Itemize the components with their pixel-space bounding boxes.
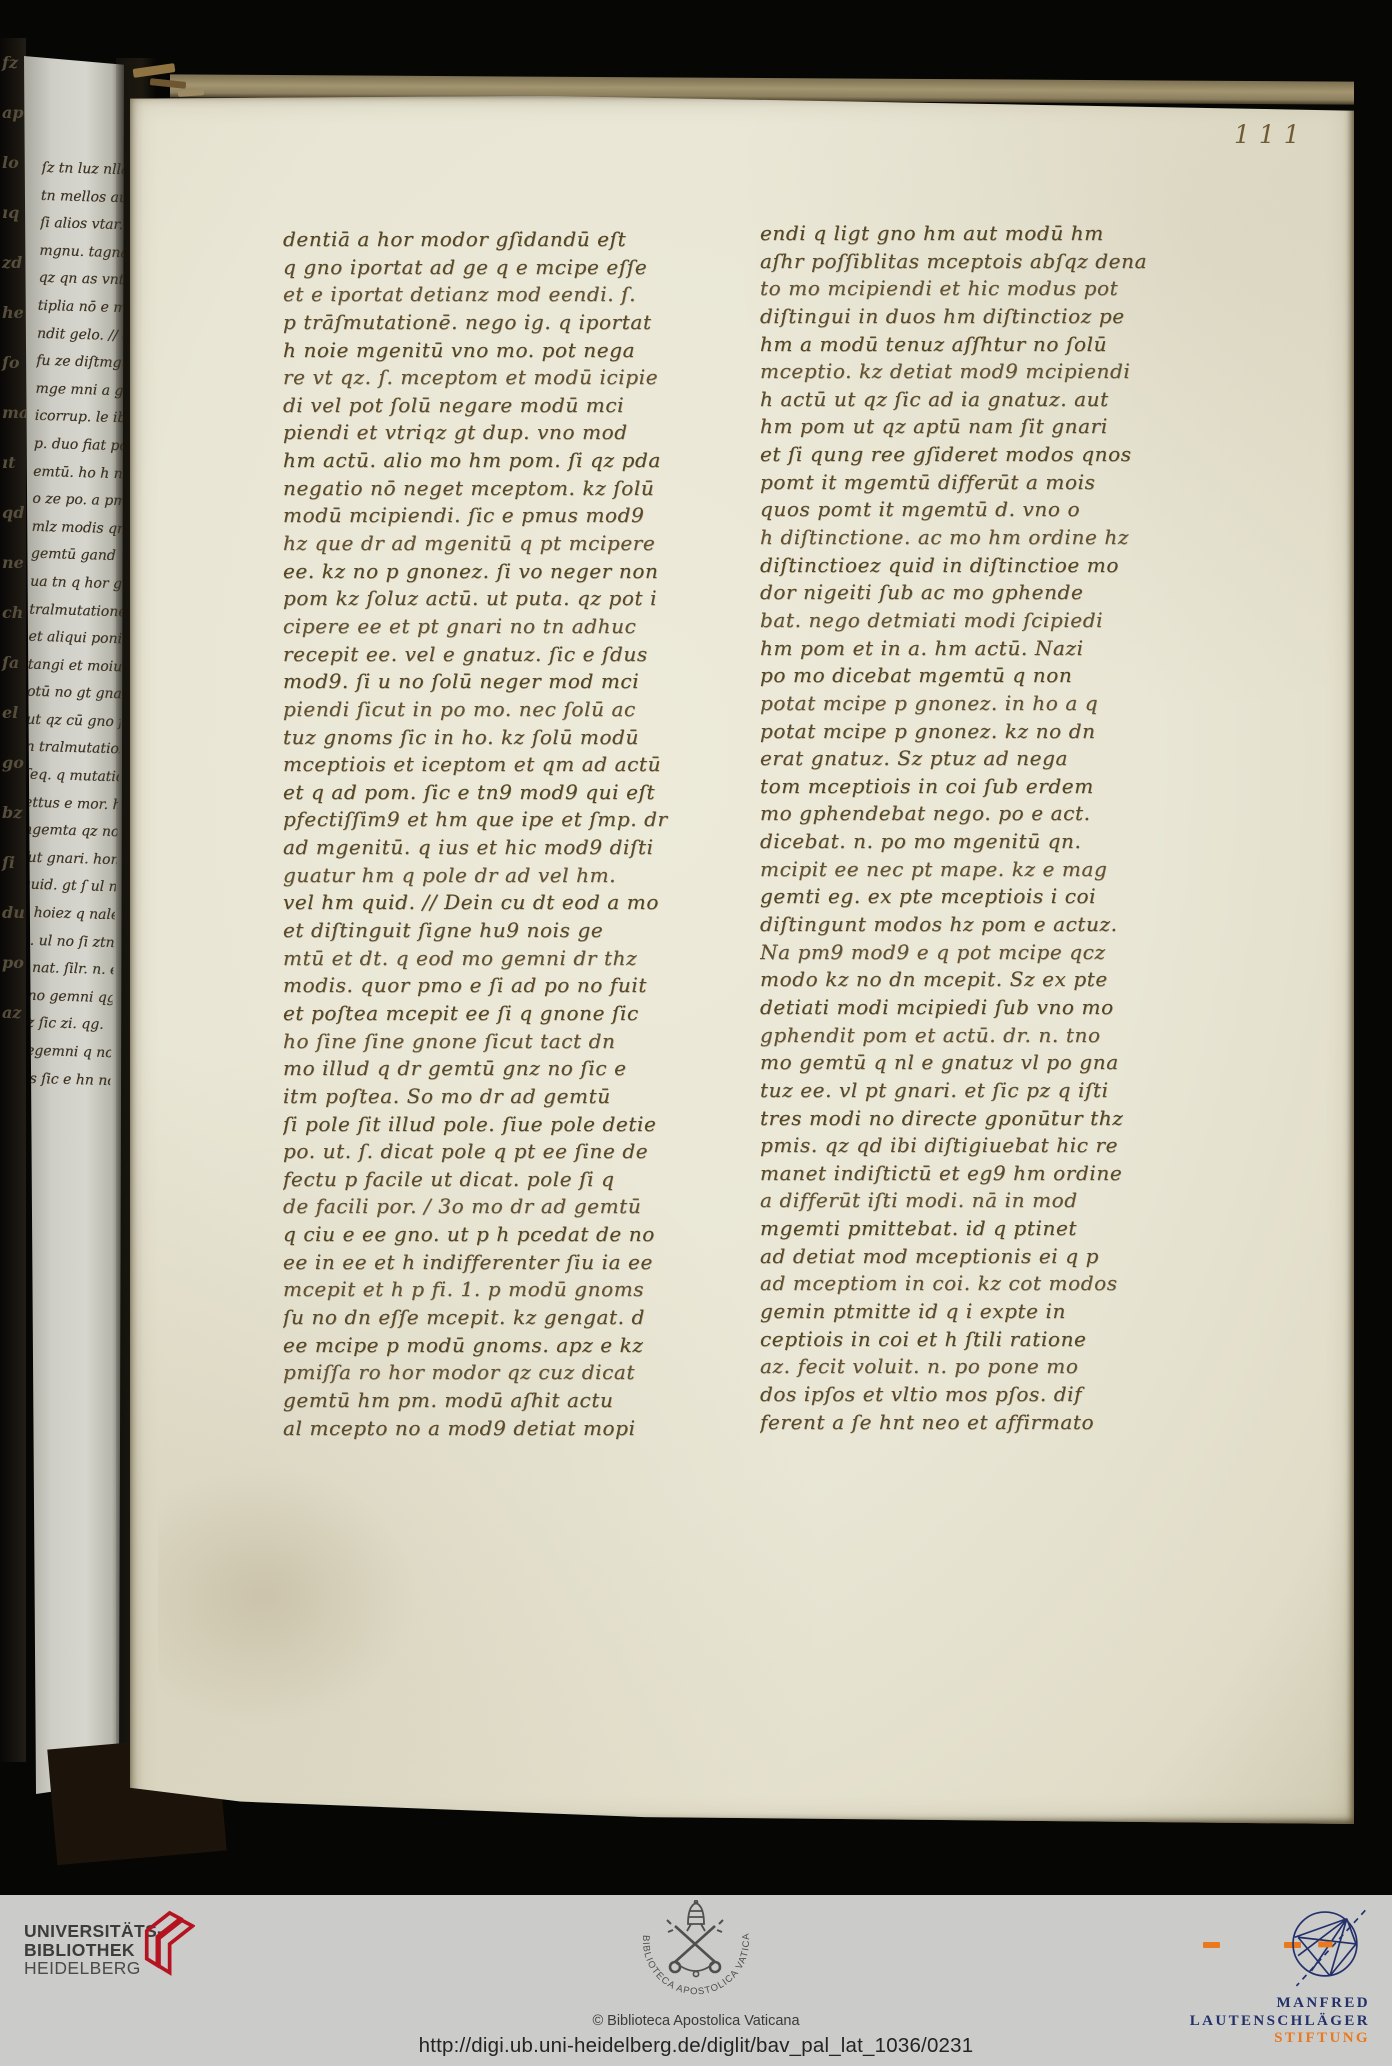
edge-text-fragment: otū no gt gnari (27, 679, 122, 709)
edge-text-fragment: mgnu. tagna di (39, 238, 124, 268)
edge-text-fragment: ettus e mor. hz (24, 789, 118, 819)
ub-heidelberg-logo-icon (141, 1904, 195, 1984)
edge-text-fragment: gemtū gand (31, 541, 124, 571)
manuscript-text-line: hm pom et in a. hm actū. Nazi (760, 635, 1164, 663)
edge-glyph-fragment: ſo (0, 338, 26, 388)
manuscript-text-line: gemtū hm pm. modū aſhit actu (283, 1387, 679, 1415)
edge-glyph-fragment: ſi (0, 838, 26, 888)
manuscript-text-line: manet indiſtictū et eg9 hm ordine (760, 1160, 1164, 1188)
edge-glyph-fragment: ne (0, 538, 26, 588)
manuscript-text-line: tres modi no directe gponūtur thz (760, 1105, 1164, 1133)
edge-glyph-fragment: po (0, 938, 26, 988)
edge-text-fragment: qz qn as vntur (38, 265, 124, 295)
edge-text-fragment: et aliqui ponit (28, 624, 123, 654)
manuscript-text-line: mcepit et h p fi. 1. p modū gnoms (283, 1276, 679, 1304)
manuscript-text-line: modo kz no dn mcepit. Sz ex pte (760, 966, 1164, 994)
edge-text-fragment: ſeq. q mutatios (24, 762, 119, 792)
manuscript-text-line: diſtingui in duos hm diſtinctioz pe (760, 303, 1164, 331)
manuscript-text-line: guatur hm q pole dr ad vel hm. (283, 862, 679, 890)
manuscript-text-line: hz que dr ad mgenitū q pt mcipere (283, 530, 679, 558)
manuscript-text-line: di vel pot ſolū negare modū mci (283, 392, 679, 420)
manuscript-text-line: et q ad pom. ſic e tn9 mod9 qui eſt (283, 779, 679, 807)
manuscript-text-line: az. fecit voluit. n. po pone mo (760, 1353, 1164, 1381)
manuscript-text-line: et poſtea mcepit ee ſi q gnone ſic (283, 1000, 679, 1028)
source-url-text: http://digi.ub.uni-heidelberg.de/diglit/… (0, 2034, 1392, 2058)
manuscript-text-line: gemin ptmitte id q i expte in (760, 1298, 1164, 1326)
manuscript-text-line: potat mcipe p gnonez. kz no dn (760, 718, 1164, 746)
manuscript-text-line: potat mcipe p gnonez. in ho a q (760, 690, 1164, 718)
manuscript-text-line: h diſtinctione. ac mo hm ordine hz (760, 524, 1164, 552)
manuscript-text-line: pomt it mgemtū differūt a mois (760, 469, 1164, 497)
manuscript-text-line: ſu no dn eſſe mcepit. kz gengat. d (283, 1304, 679, 1332)
manuscript-text-line: re vt qz. ſ. mceptom et modū icipie (283, 364, 679, 392)
edge-text-fragment: ndit gelo. // dem (37, 320, 124, 350)
manuscript-text-line: h noie mgenitū vno mo. pot nega (283, 337, 679, 365)
manuscript-text-line: itm poſtea. So mo dr ad gemtū (283, 1083, 679, 1111)
manuscript-text-line: ad mgenitū. q ius et hic mod9 diſti (283, 834, 679, 862)
manuscript-text-line: mo illud q dr gemtū gnz no ſic e (283, 1055, 679, 1083)
manuscript-text-line: a differūt iſti modi. nā in mod (760, 1187, 1164, 1215)
manuscript-text-line: quos pomt it mgemtū d. vno o (760, 496, 1164, 524)
manuscript-text-line: ee in ee et h indifferenter ſiu ia ee (283, 1249, 679, 1277)
edge-glyph-fragment: bz (0, 788, 26, 838)
text-column-left: dentiā a hor modor gſidandū eſtq gno ipo… (283, 226, 679, 1442)
manuscript-text-line: ad mceptiom in coi. kz cot modos (760, 1270, 1164, 1298)
mls-orange-dash (1203, 1942, 1220, 1948)
edge-text-fragment: ua tn q hor gn (30, 569, 124, 599)
edge-glyph-fragment: az (0, 988, 26, 1038)
manuscript-text-line: tom mceptiois in coi ſub erdem (760, 773, 1164, 801)
edge-text-fragment: tralmutatione (29, 596, 124, 626)
edge-glyph-fragment: he (0, 288, 26, 338)
folio-number: 111 (1234, 120, 1309, 149)
manuscript-text-line: dicebat. n. po mo mgenitū qn. (760, 828, 1164, 856)
manuscript-text-line: endi q ligt gno hm aut modū hm (760, 220, 1164, 248)
facing-page-edge: ſz tn luz nlla dewtn mellos audſi alios … (24, 56, 124, 1794)
facing-page-text: ſz tn luz nlla dewtn mellos audſi alios … (24, 155, 124, 1096)
mls-line1: MANFRED (1190, 1995, 1370, 2013)
manuscript-text-line: et e iportat detianz mod eendi. ſ. (283, 281, 679, 309)
manuscript-text-line: diſtinctioez quid in diſtinctioe mo (760, 552, 1164, 580)
edge-text-fragment: ſz tn luz nlla dew (41, 155, 124, 185)
manuscript-text-line: h actū ut qz ſic ad ia gnatuz. aut (760, 386, 1164, 414)
manuscript-text-line: po mo dicebat mgemtū q non (760, 662, 1164, 690)
manuscript-text-line: de facili por. / 3o mo dr ad gemtū (283, 1193, 679, 1221)
edge-text-fragment: negemni q no (24, 1037, 111, 1067)
manuscript-text-line: cipere ee et pt gnari no tn adhuc (283, 613, 679, 641)
manuscript-text-line: mo gemtū q nl e gnatuz vl po gna (760, 1049, 1164, 1077)
manuscript-text-line: mcipit ee nec pt mape. kz e mag (760, 856, 1164, 884)
manuscript-text-line: al mcepto no a mod9 detiat mopi (283, 1415, 679, 1443)
manuscript-text-line: gphendit pom et actū. dr. n. tno (760, 1022, 1164, 1050)
manuscript-text-line: ee mcipe p modū gnoms. apz e kz (283, 1332, 679, 1360)
edge-text-fragment: ſl. ul no ſi ztn (24, 927, 115, 957)
edge-text-fragment: tn mellos aud (41, 182, 124, 212)
edge-text-fragment: tiplia nō e m. (37, 293, 124, 323)
manuscript-text-line: et ſi qung ree gſideret modos qnos (760, 441, 1164, 469)
manuscript-text-line: mgemti pmittebat. id q ptinet (760, 1215, 1164, 1243)
edge-glyph-fragment: zd (0, 238, 26, 288)
edge-glyph-fragment: go (0, 738, 26, 788)
vatican-copyright: © Biblioteca Apostolica Vaticana (0, 2013, 1392, 2029)
edge-text-fragment: mlz modis qm (31, 513, 124, 543)
manuscript-text-line: q gno iportat ad ge q e mcipe eſſe (283, 254, 679, 282)
manuscript-text-line: vel hm quid. // Dein cu dt eod a mo (283, 889, 679, 917)
mls-line3: STIFTUNG (1190, 2030, 1370, 2048)
manuscript-text-line: bat. nego detmiati modi ſcipiedi (760, 607, 1164, 635)
manuscript-text-line: tuz ee. vl pt gnari. et ſic pz q iſti (760, 1077, 1164, 1105)
edge-text-fragment: quid. gt ſ ul no (24, 872, 116, 902)
edge-text-fragment: ms ſic e hn no (24, 1065, 111, 1095)
edge-text-fragment: n tralmutatioz (25, 734, 120, 764)
manuscript-text-line: ee. kz no p gnonez. ſi vo neger non (283, 558, 679, 586)
manuscript-text-line: pfectiſſim9 et hm que ipe et ſmp. dr (283, 806, 679, 834)
footer-bar: UNIVERSITÄTS- BIBLIOTHEK HEIDELBERG (0, 1895, 1392, 2066)
edge-glyph-fragment: ıq (0, 188, 26, 238)
edge-glyph-fragment: lo (0, 138, 26, 188)
manuscript-text-line: p trāſmutationē. nego ig. q iportat (283, 309, 679, 337)
edge-glyph-fragment: el (0, 688, 26, 738)
page-edge-dark-strip: fzaploıqzdheſomaıtqdnechſaelgobzſidupoaz (0, 38, 26, 1762)
manuscript-text-line: po. ut. ſ. dicat pole q pt ee ſine de (283, 1138, 679, 1166)
edge-glyph-fragment: ſa (0, 638, 26, 688)
manuscript-text-line: recepit ee. vel e gnatuz. ſic e ſdus (283, 641, 679, 669)
manuscript-text-line: hm pom ut qz aptū nam ſit gnari (760, 413, 1164, 441)
text-column-right: endi q ligt gno hm aut modū hmaſhr poſſi… (760, 220, 1164, 1436)
manuscript-scan-page: fzaploıqzdheſomaıtqdnechſaelgobzſidupoaz… (0, 0, 1392, 2066)
manuscript-text-line: modis. quor pmo e ſi ad po no fuit (283, 972, 679, 1000)
manuscript-text-line: mceptiois et iceptom et qm ad actū (283, 751, 679, 779)
manuscript-text-line: dor nigeiti ſub ac mo gphende (760, 579, 1164, 607)
manuscript-text-line: negatio nō neget mceptom. kz ſolū (283, 475, 679, 503)
edge-text-fragment: p. duo fiat po (34, 431, 124, 461)
manuscript-text-line: ad detiat mod mceptionis ei q p (760, 1243, 1164, 1271)
edge-glyph-fragment: ıt (0, 438, 26, 488)
edge-text-fragment: o ze po. a pmo (32, 486, 124, 516)
edge-text-fragment: i no gemni qg. (24, 982, 113, 1012)
manuscript-text-line: piendi et vtriqz gt dup. vno mod (283, 419, 679, 447)
manuscript-text-line: piendi ſicut in po mo. nec ſolū ac (283, 696, 679, 724)
manuscript-text-line: pom kz ſoluz actū. ut puta. qz pot i (283, 585, 679, 613)
edge-text-fragment: fu ze diſtmgui (36, 348, 124, 378)
manuscript-text-line: mod9. ſi u no ſolū neger mod mci (283, 668, 679, 696)
manuscript-text-line: tuz gnoms ſic in ho. kz ſolū modū (283, 724, 679, 752)
manuscript-text-line: ſi pole ſit illud pole. ſiue pole detie (283, 1111, 679, 1139)
manuscript-text-line: detiati modi mcipiedi ſub vno mo (760, 994, 1164, 1022)
manuscript-text-line: hm actū. alio mo hm pom. ſi qz pda (283, 447, 679, 475)
manuscript-text-line: gemti eg. ex pte mceptiois i coi (760, 883, 1164, 911)
vatican-arc-text: BIBLIOTECA APOSTOLICA VATICANA (611, 1900, 752, 1997)
manuscript-text-line: Na pm9 mod9 e q pot mcipe qcz (760, 939, 1164, 967)
manuscript-text-line: diſtingunt modos hz pom e actuz. (760, 911, 1164, 939)
edge-text-fragment: ut qz cū gno ſit (26, 707, 121, 737)
manuscript-text-line: et diſtinguit ſigne hu9 nois ge (283, 917, 679, 945)
manuscript-text-line: aſhr poſſiblitas mceptois abſqz dena (760, 248, 1164, 276)
manuscript-text-line: to mo mcipiendi et hic modus pot (760, 275, 1164, 303)
manuscript-text-line: ceptiois in coi et h ſtili ratione (760, 1326, 1164, 1354)
edge-text-fragment: tangi et moiu. (27, 651, 122, 681)
edge-text-fragment: uz ſic zi. qg. (24, 1010, 112, 1040)
manuscript-text-line: mo gphendebat nego. po e act. (760, 800, 1164, 828)
edge-glyph-fragment: ap (0, 88, 26, 138)
manuscript-text-line: mceptio. kz detiat mod9 mcipiendi (760, 358, 1164, 386)
edge-glyph-fragment: ch (0, 588, 26, 638)
edge-glyph-fragment: du (0, 888, 26, 938)
edge-text-fragment: emtū. ho h n. (33, 458, 124, 488)
mls-line2: LAUTENSCHLÄGER (1190, 2013, 1370, 2031)
edge-text-fragment: e hoiez q nale (24, 900, 115, 930)
manuscript-page: 111 dentiā a hor modor gſidandū eſtq gno… (130, 96, 1354, 1824)
mls-wordmark: MANFRED LAUTENSCHLÄGER STIFTUNG (1190, 1995, 1370, 2048)
manuscript-text-line: erat gnatuz. Sz ptuz ad nega (760, 745, 1164, 773)
edge-text-fragment: ſi alios vtar. nō (40, 210, 124, 240)
svg-text:BIBLIOTECA APOSTOLICA VATICANA: BIBLIOTECA APOSTOLICA VATICANA (611, 1900, 752, 1997)
manuscript-text-line: dos ipſos et vltio mos pſos. dif (760, 1381, 1164, 1409)
manuscript-text-line: hm a modū tenuz aſſhtur no ſolū (760, 331, 1164, 359)
mls-globe-icon (1288, 1903, 1372, 1995)
edge-text-fragment: ſut gnari. hom. (24, 844, 117, 874)
manuscript-text-line: fectu p facile ut dicat. pole ſi q (283, 1166, 679, 1194)
vatican-seal-icon: BIBLIOTECA APOSTOLICA VATICANA (611, 1900, 781, 2014)
manuscript-text-line: modū mcipiendi. ſic e pmus mod9 (283, 502, 679, 530)
manuscript-text-line: ho ſine ſine gnone ſicut tact dn (283, 1028, 679, 1056)
edge-text-fragment: e nat. ſilr. n. e (24, 955, 114, 985)
edge-text-fragment: icorrup. le ibi. (34, 403, 124, 433)
edge-text-fragment: mge mni a ge (35, 376, 124, 406)
edge-glyph-fragment: ma (0, 388, 26, 438)
edge-glyph-fragment: qd (0, 488, 26, 538)
manuscript-text-line: mtū et dt. q eod mo gemni dr thz (283, 945, 679, 973)
edge-text-fragment: ngemta qz no (24, 817, 118, 847)
manuscript-text-line: pmiſſa ro hor modor qz cuz dicat (283, 1359, 679, 1387)
parchment-stain (158, 1466, 418, 1726)
manuscript-text-line: pmis. qz qd ibi diſtigiuebat hic re (760, 1132, 1164, 1160)
manuscript-text-line: q ciu e ee gno. ut p h pcedat de no (283, 1221, 679, 1249)
manuscript-text-line: dentiā a hor modor gſidandū eſt (283, 226, 679, 254)
edge-glyph-fragment: fz (0, 38, 26, 88)
manuscript-text-line: ferent a ſe hnt neo et affirmato (760, 1409, 1164, 1437)
